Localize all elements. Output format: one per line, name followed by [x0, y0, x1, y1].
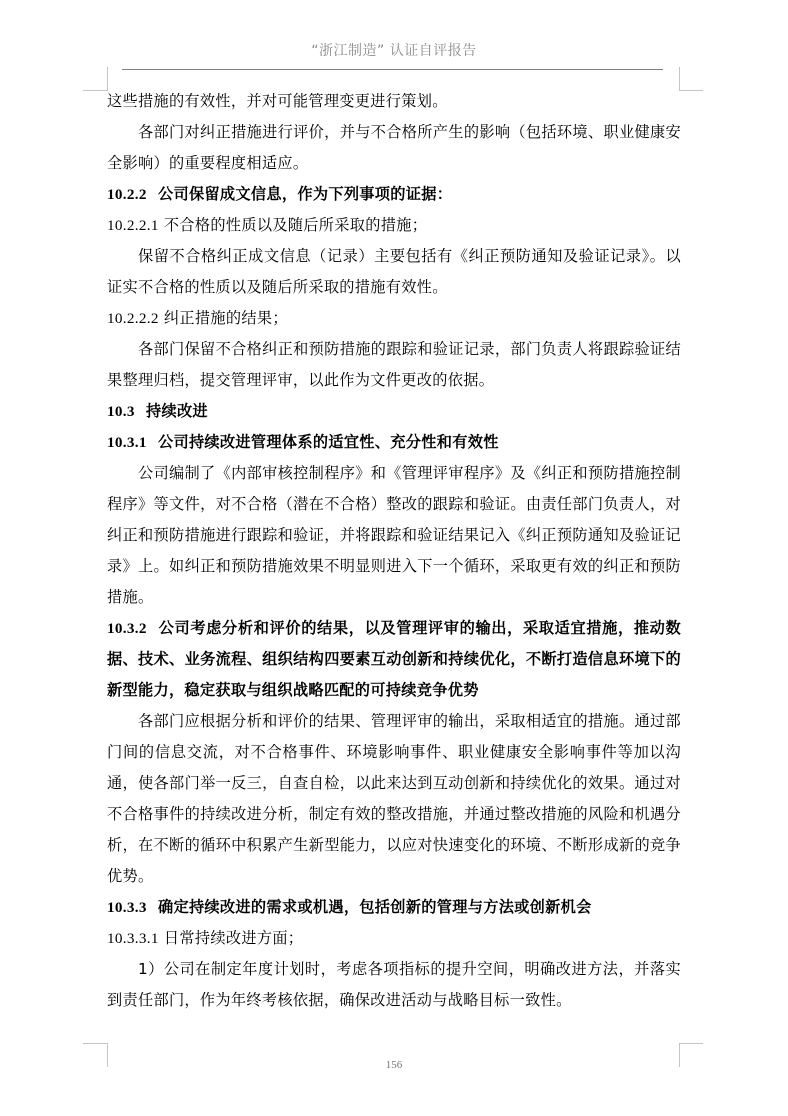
paragraph: 这些措施的有效性，并对可能管理变更进行策划。: [107, 86, 681, 117]
header-rule: [122, 69, 663, 70]
section-heading-10-3-3: 10.3.3 确定持续改进的需求或机遇，包括创新的管理与方法或创新机会: [107, 892, 681, 923]
section-number: 10.3.3: [107, 899, 147, 916]
page-header-title: “浙江制造” 认证自评报告: [0, 40, 788, 60]
page-number: 156: [0, 1059, 788, 1071]
section-title: 公司考虑分析和评价的结果，以及管理评审的输出，采取适宜措施，推动数据、技术、业务…: [107, 619, 681, 699]
paragraph: 各部门应根据分析和评价的结果、管理评审的输出，采取相适宜的措施。通过部门间的信息…: [107, 706, 681, 892]
section-title: 持续改进: [146, 402, 208, 420]
section-heading-10-3-1: 10.3.1 公司持续改进管理体系的适宜性、充分性和有效性: [107, 427, 681, 458]
paragraph: 各部门对纠正措施进行评价，并与不合格所产生的影响（包括环境、职业健康安全影响）的…: [107, 117, 681, 179]
section-title: 公司保留成文信息，作为下列事项的证据：: [158, 185, 452, 203]
subitem-number: 10.3.3.1: [107, 930, 159, 947]
section-number: 10.3.1: [107, 434, 147, 451]
paragraph: 保留不合格纠正成文信息（记录）主要包括有《纠正预防通知及验证记录》。以证实不合格…: [107, 241, 681, 303]
section-title: 公司持续改进管理体系的适宜性、充分性和有效性: [158, 433, 499, 451]
section-heading-10-3: 10.3 持续改进: [107, 396, 681, 427]
subitem-10-2-2-1: 10.2.2.1 不合格的性质以及随后所采取的措施；: [107, 210, 681, 241]
crop-mark-bottom-right-h: [679, 1043, 703, 1044]
paragraph: 1）公司在制定年度计划时，考虑各项指标的提升空间，明确改进方法，并落实到责任部门…: [107, 954, 681, 1016]
section-number: 10.3.2: [107, 620, 147, 637]
crop-mark-top-right-h: [679, 90, 703, 91]
document-body: 这些措施的有效性，并对可能管理变更进行策划。 各部门对纠正措施进行评价，并与不合…: [107, 86, 681, 1016]
section-heading-10-3-2: 10.3.2 公司考虑分析和评价的结果，以及管理评审的输出，采取适宜措施，推动数…: [107, 613, 681, 706]
section-number: 10.3: [107, 403, 135, 420]
crop-mark-top-left-h: [83, 90, 107, 91]
section-title: 确定持续改进的需求或机遇，包括创新的管理与方法或创新机会: [158, 898, 592, 916]
paragraph: 各部门保留不合格纠正和预防措施的跟踪和验证记录，部门负责人将跟踪验证结果整理归档…: [107, 334, 681, 396]
subitem-number: 10.2.2.1: [107, 217, 159, 234]
paragraph: 公司编制了《内部审核控制程序》和《管理评审程序》及《纠正和预防措施控制程序》等文…: [107, 458, 681, 613]
section-number: 10.2.2: [107, 186, 147, 203]
subitem-10-2-2-2: 10.2.2.2 纠正措施的结果；: [107, 303, 681, 334]
subitem-10-3-3-1: 10.3.3.1 日常持续改进方面；: [107, 923, 681, 954]
subitem-number: 10.2.2.2: [107, 310, 159, 327]
subitem-text: 纠正措施的结果；: [164, 309, 288, 327]
crop-mark-bottom-left-h: [83, 1043, 107, 1044]
subitem-text: 不合格的性质以及随后所采取的措施；: [164, 216, 427, 234]
subitem-text: 日常持续改进方面；: [164, 929, 303, 947]
section-heading-10-2-2: 10.2.2 公司保留成文信息，作为下列事项的证据：: [107, 179, 681, 210]
